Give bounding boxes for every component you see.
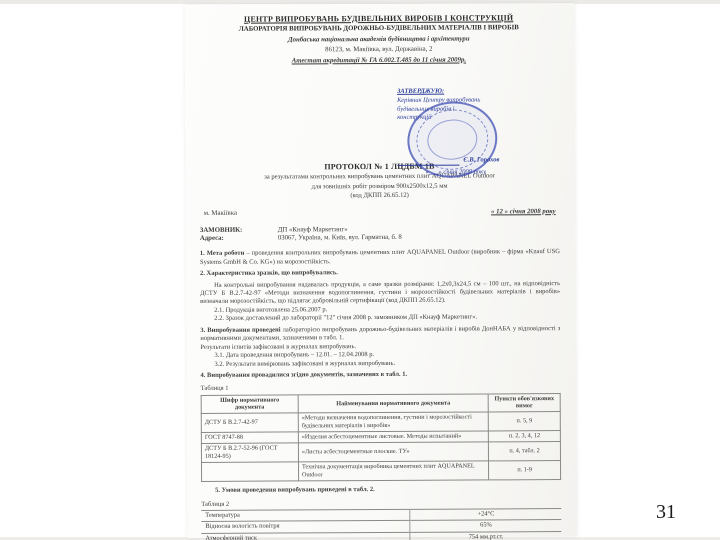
protocol-code: (код ДКПП 26.65.12) <box>200 191 560 201</box>
city-label: м. Макіївка <box>204 210 237 219</box>
accreditation-line: Атестат акредитації № ГА 6.002.Т.485 до … <box>199 56 559 67</box>
doc-name-cell: Технічна документація виробника цементни… <box>298 461 488 481</box>
approver-name: Є.В. Горохов <box>463 156 499 165</box>
city-date-row: м. Макіївка « 12 » січня 2008 року <box>200 208 560 219</box>
table1-header-points: Пункти обов'язкових вимог <box>488 393 560 411</box>
normative-documents-table: Шифр нормативного документа Найменування… <box>201 393 561 482</box>
doc-code-cell: ГОСТ 8747-88 <box>201 432 298 444</box>
doc-code-cell: ДСТУ Б В.2.7-42-97 <box>201 413 298 433</box>
presentation-slide: ЦЕНТР ВИПРОБУВАНЬ БУДІВЕЛЬНИХ ВИРОБІВ І … <box>0 0 720 540</box>
section-2-heading: 2. Характеристика зразків, що випробувал… <box>200 268 560 278</box>
scanned-protocol-document: ЦЕНТР ВИПРОБУВАНЬ БУДІВЕЛЬНИХ ВИРОБІВ І … <box>185 3 578 538</box>
doc-name-cell: «Методи визначення водопоглинення, густи… <box>298 412 488 432</box>
section-4-heading: 4. Випробування провадилися згідно докум… <box>201 370 561 380</box>
customer-block: ЗАМОВНИК: ДП «Кнауф Маркетинг» Адреса: 0… <box>200 225 560 245</box>
section-3-heading: 3. Випробування проведені <box>200 326 280 333</box>
table-row: Технічна документація виробника цементни… <box>202 461 561 482</box>
doc-points-cell: п. 2, 3, 4, 12 <box>489 430 561 441</box>
customer-label: ЗАМОВНИК: <box>200 226 278 235</box>
doc-points-cell: п. 4, табл. 2 <box>489 441 561 461</box>
section-5-heading: 5. Умови проведення випробувань приведен… <box>201 485 561 495</box>
section-1-text: – проведення контрольних випробувань цем… <box>200 248 560 265</box>
address-row: Адреса: 03067, Україна, м. Київ, вул. Га… <box>200 234 560 245</box>
section-1-heading: 1. Мета роботи <box>200 250 244 257</box>
condition-value-cell: 754 мм.рт.ст. <box>410 531 561 540</box>
table-row: ДСТУ Б В.2.7-52-96 (ГОСТ 18124-95) «Лист… <box>201 441 560 462</box>
section-3-paragraph-4: 3.2. Результати вимірювань зафіксовані в… <box>200 359 560 369</box>
org-address: 86123, м. Макіївка, вул. Державіна, 2 <box>199 45 559 56</box>
doc-code-cell: ДСТУ Б В.2.7-52-96 (ГОСТ 18124-95) <box>201 443 298 463</box>
approval-block: ЗАТВЕРДЖУЮ: Керівник Центру випробувань … <box>397 87 567 177</box>
doc-name-cell: «Листы асбестоцементные плоские. ТУ» <box>298 442 488 462</box>
doc-points-cell: п. 1-9 <box>489 461 561 481</box>
signature-line <box>397 158 459 165</box>
document-body: 1. Мета роботи – проведення контрольних … <box>200 248 561 380</box>
section-3: 3. Випробування проведені лабораторією в… <box>200 325 560 344</box>
condition-value-cell: 65% <box>410 520 561 532</box>
lab-title: ЛАБОРАТОРІЯ ВИПРОБУВАНЬ ДОРОЖНЬО-БУДІВЕЛ… <box>199 24 559 35</box>
table1-header-row: Шифр нормативного документа Найменування… <box>201 393 560 413</box>
address-value: 03067, Україна, м. Київ, вул. Гарматна, … <box>278 234 402 243</box>
org-center-title: ЦЕНТР ВИПРОБУВАНЬ БУДІВЕЛЬНИХ ВИРОБІВ І … <box>199 13 559 25</box>
condition-value-cell: +24°С <box>410 509 561 521</box>
table1-header-code: Шифр нормативного документа <box>201 395 298 413</box>
approver-position-line3: конструкцій <box>397 113 567 123</box>
slide-page-number: 31 <box>656 501 676 524</box>
address-label: Адреса: <box>200 235 278 244</box>
doc-code-cell <box>202 462 299 482</box>
customer-value: ДП «Кнауф Маркетинг» <box>278 226 348 235</box>
section-2-paragraph-3: 2.2. Зразок доставлений до лабораторії "… <box>200 313 560 323</box>
document-header: ЦЕНТР ВИПРОБУВАНЬ БУДІВЕЛЬНИХ ВИРОБІВ І … <box>199 13 559 67</box>
signature-row: Є.В. Горохов <box>397 156 567 166</box>
table-row: ДСТУ Б В.2.7-42-97 «Методи визначення во… <box>201 411 560 432</box>
test-conditions-table: Температура +24°С Відносна вологість пов… <box>201 508 561 540</box>
section-2-paragraph-1: На контрольні випробування надавалась пр… <box>200 280 560 307</box>
approval-date: «___» січня 2008 року <box>425 168 567 178</box>
condition-label-cell: Атмосферний тиск <box>201 532 410 540</box>
table1-header-name: Найменування нормативного документа <box>298 394 488 413</box>
table-row: Атмосферний тиск 754 мм.рт.ст. <box>201 531 561 540</box>
doc-points-cell: п. 5, 9 <box>488 411 560 431</box>
protocol-date: « 12 » січня 2008 року <box>491 208 556 217</box>
section-1: 1. Мета роботи – проведення контрольних … <box>200 248 560 267</box>
